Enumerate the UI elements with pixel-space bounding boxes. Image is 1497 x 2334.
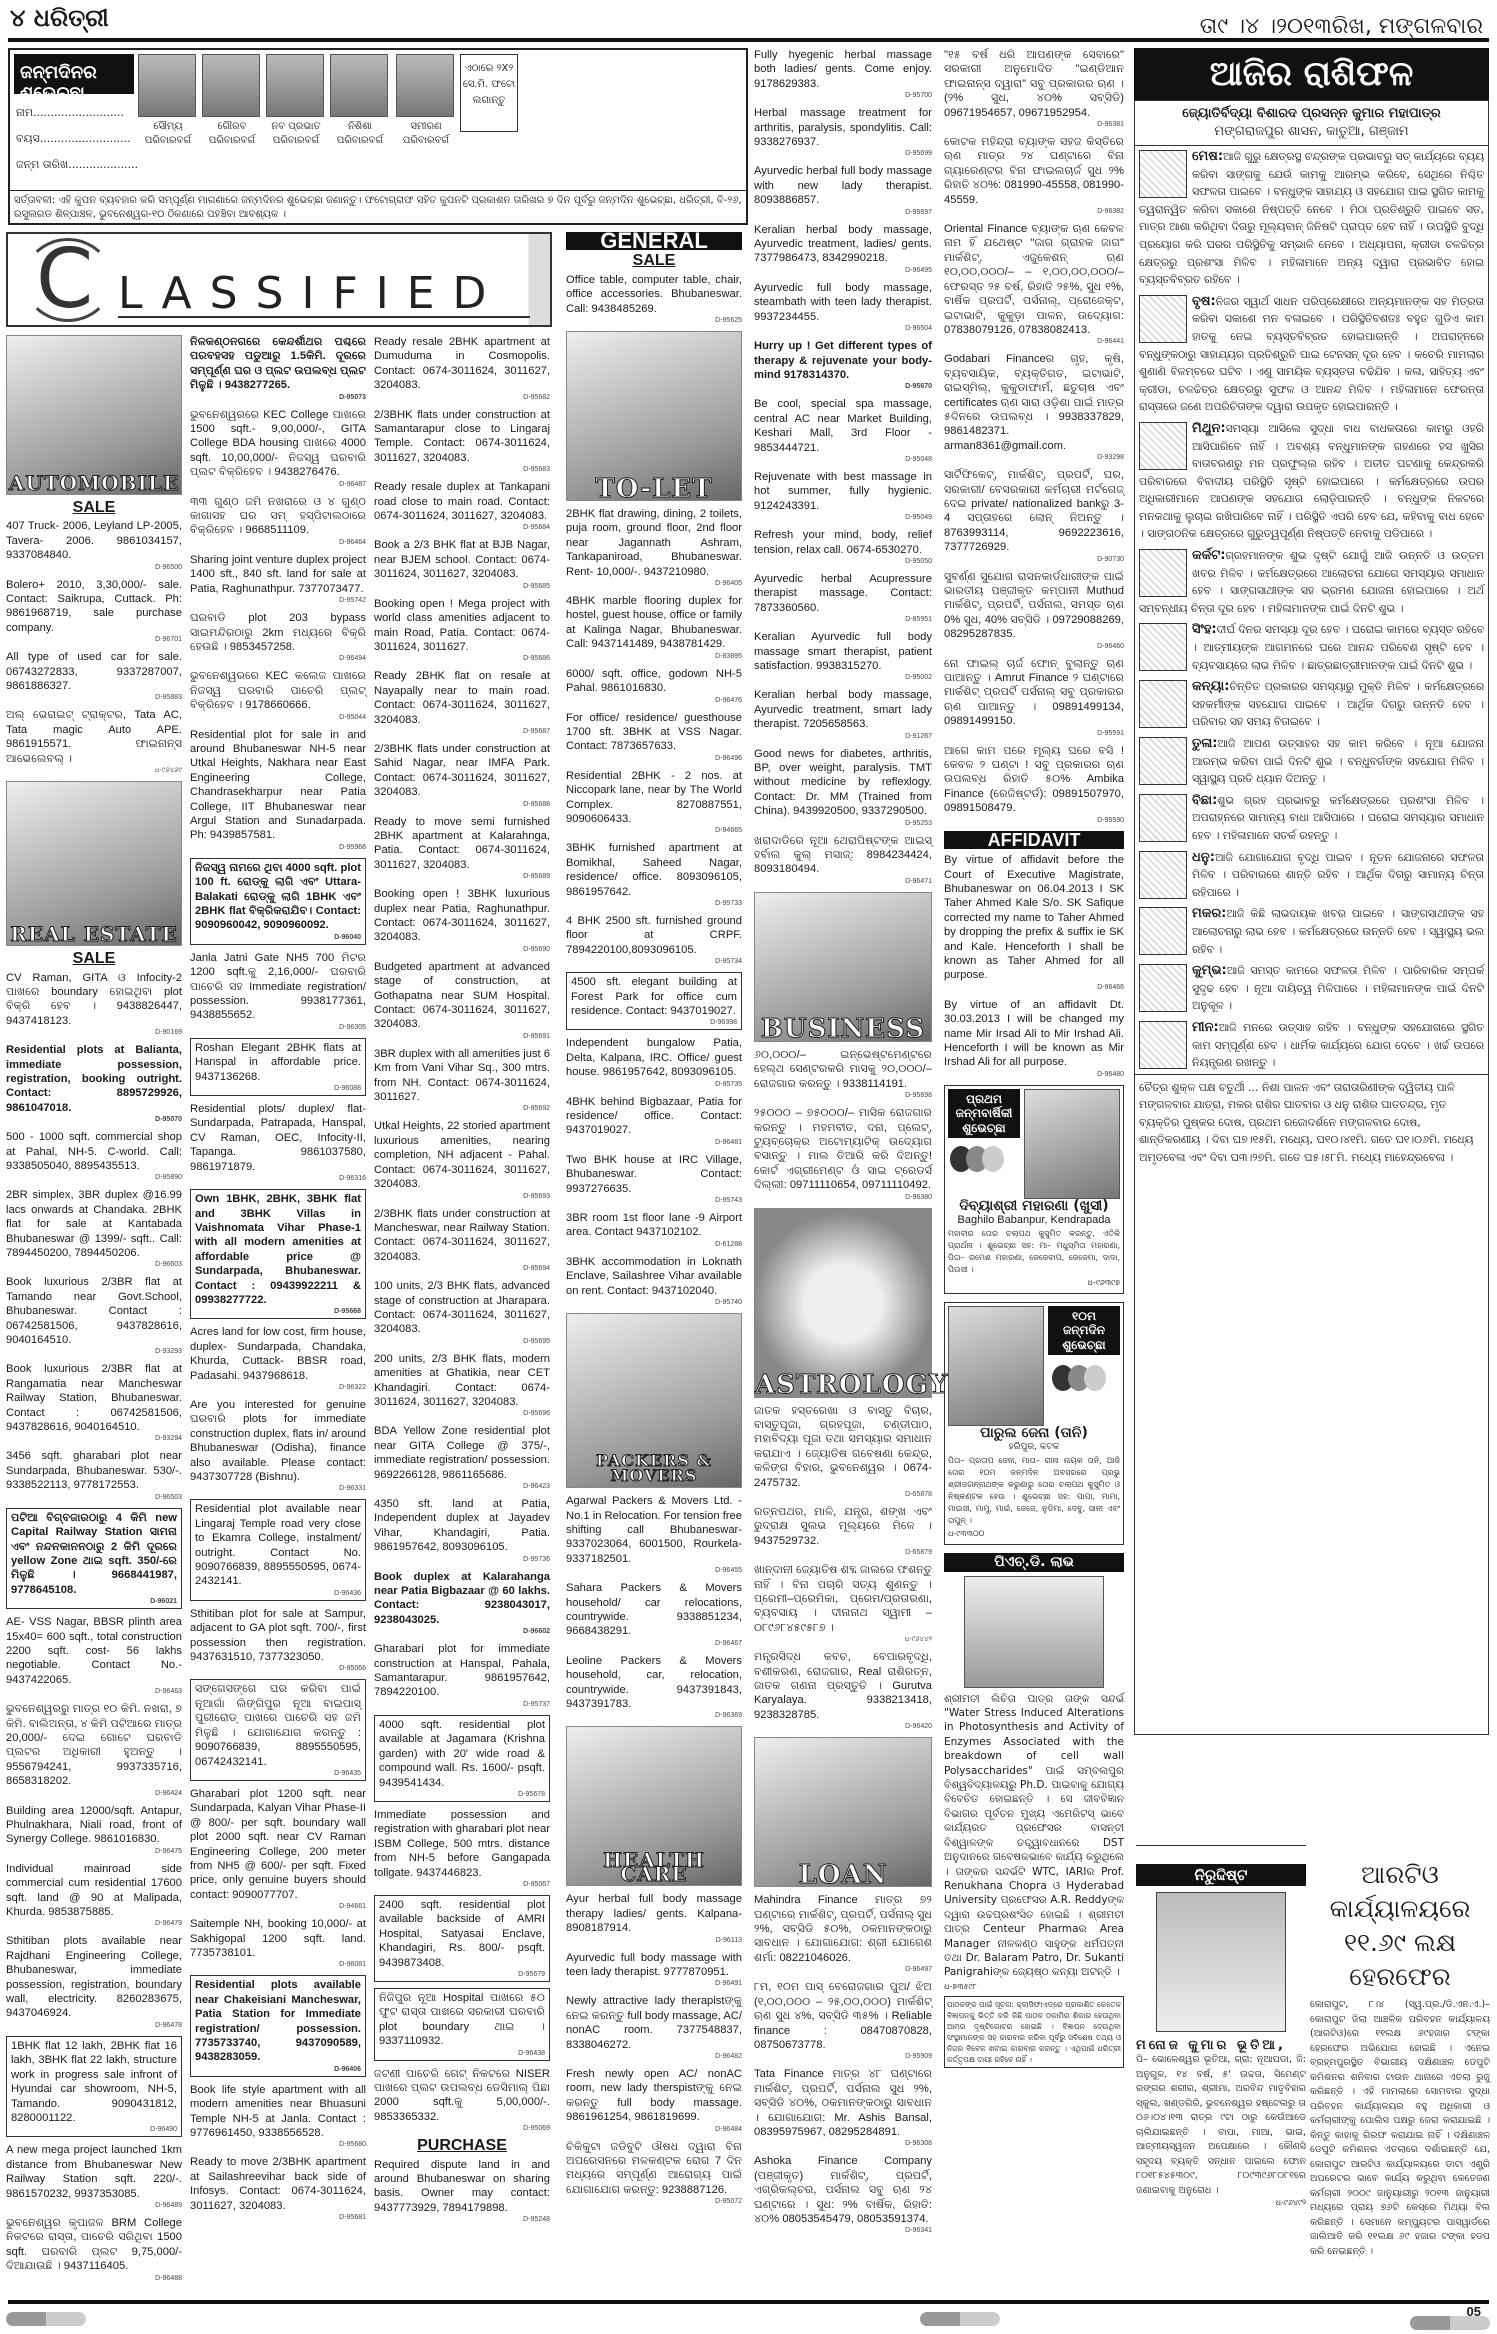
ad-code: D-65879 bbox=[754, 1548, 932, 1557]
classified-ad: Individual mainroad side commercial cum … bbox=[6, 1862, 182, 1929]
ad-text: ୬୦,୦୦୦/– ଇନ୍‌ଭେଷ୍ଟମେଣ୍ଟରେ ହେଲ୍ଥ ସେଣ୍ଟରକର… bbox=[754, 1048, 932, 1091]
classified-ad: Roshan Elegant 2BHK flats at Hanspal in … bbox=[190, 1038, 366, 1096]
ad-text: 3BR room 1st floor lane -9 Airport area.… bbox=[566, 1211, 742, 1240]
ad-text: 2/3BHK flats under construction at Sahid… bbox=[374, 742, 550, 800]
classified-ad: A new mega project launched 1km distance… bbox=[6, 2143, 182, 2210]
ad-text: 407 Truck- 2006, Leyland LP-2005, Tavera… bbox=[6, 519, 182, 562]
ad-code: D-96490 bbox=[11, 2125, 177, 2134]
ad-code: D-95248 bbox=[374, 2215, 550, 2224]
classified-ad: Bolero+ 2010, 3,30,000/- sale. Contact: … bbox=[6, 578, 182, 645]
phd-text: ଶ୍ରୀମତୀ ଲିଚିତା ପାତ୍ର ତାଙ୍କ ସନ୍ଦର୍ଭ "Wate… bbox=[944, 1692, 1124, 1980]
general-sale-ads: Office table, computer table, chair, off… bbox=[566, 273, 742, 325]
ad-text: ମନ୍ତ୍ରସିଦ୍ଧ କବଚ, ବେପାରବୃଦ୍ଧି, ବଶୀକରଣ, ରୋ… bbox=[754, 1650, 932, 1722]
classified-ad: By virtue of affidavit before the Court … bbox=[944, 853, 1124, 992]
classified-ad: 2BHK flat drawing, dining, 2 toilets, pu… bbox=[566, 507, 742, 588]
real-estate-ads-2: ନିଳକଣ୍ଠନଗରେ କେନ୍ଦର୍ଶୀଥର ପଶ୍ଚରେ ପରବହସହ ପଡ… bbox=[190, 335, 366, 2222]
classified-ad: Mahindra Finance ମାତ୍ର ୭୨ ଘଣ୍ଟାରେ ମାର୍କଶ… bbox=[754, 1893, 932, 1974]
ad-code: D-65878 bbox=[754, 1490, 932, 1499]
ad-code: D-95678 bbox=[379, 1790, 545, 1799]
ad-text: Ready to move semi furnished 2BHK apartm… bbox=[374, 815, 550, 873]
ad-code: D-95693 bbox=[374, 1192, 550, 1201]
ad-text: ଆଗେ କାମ ପରେ ମୂଲ୍ୟ ଘରେ ବସି ! କେବଳ ୨ ଘଣ୍ଟା… bbox=[944, 744, 1124, 816]
classified-ad: 3456 sqft. gharabari plot near Sundarpad… bbox=[6, 1449, 182, 1501]
ad-code: D-96308 bbox=[754, 2139, 932, 2148]
zodiac-icon bbox=[1139, 549, 1187, 597]
ad-code: D-96369 bbox=[566, 1711, 742, 1720]
ad-text: ସୁବର୍ଣ୍ଣ ସୁଯୋଗ ରାସନକାର୍ଡଧାରୀଙ୍କ ପାଇଁ ଭାର… bbox=[944, 570, 1124, 642]
ad-text: Book life style apartment with all moder… bbox=[190, 2083, 366, 2141]
ad-text: 4BHK behind Bigbazaar, Patia for residen… bbox=[566, 1095, 742, 1138]
ad-code: D-96467 bbox=[566, 1639, 742, 1648]
classified-ad: Sthitiban plot for sale at Sampur, adjac… bbox=[190, 1607, 366, 1674]
ad-text: Ayurvedic herbal Acupressure therapist m… bbox=[754, 572, 932, 615]
ad-text: Roshan Elegant 2BHK flats at Hanspal in … bbox=[195, 1041, 361, 1084]
real-estate-ads-3: Ready resale 2BHK apartment at Dumuduma … bbox=[374, 335, 550, 2133]
ad-text: Ready resale duplex at Tankapani road cl… bbox=[374, 480, 550, 523]
ad-text: Two BHK house at IRC Village, Bhubaneswa… bbox=[566, 1153, 742, 1196]
ad-code: D-95742 bbox=[190, 596, 366, 605]
classified-ad: Sahara Packers & Movers household/ car r… bbox=[566, 1581, 742, 1648]
ad-code: D-96021 bbox=[11, 1597, 177, 1606]
banner-big-letter: C bbox=[36, 240, 93, 320]
classified-ad: Ayurvedic full body massage, steambath w… bbox=[754, 281, 932, 333]
ad-code: D-96435 bbox=[195, 1769, 361, 1778]
classified-ad: CV Raman, GITA ଓ Infocity-2 ପାଖରେ bounda… bbox=[6, 971, 182, 1038]
zodiac-name: ମିଥୁନ: bbox=[1192, 421, 1226, 436]
column-1: AUTOMOBILE SALE 407 Truck- 2006, Leyland… bbox=[6, 335, 182, 2289]
classified-ad: 1BHK flat 12 lakh, 2BHK flat 16 lakh, 3B… bbox=[6, 2036, 182, 2137]
ad-code: D-95668 bbox=[195, 1307, 361, 1316]
ad-code: D-95691 bbox=[374, 1032, 550, 1041]
ad-code: D-94661 bbox=[190, 1902, 366, 1911]
classified-ad: 3BR duplex with all amenities just 6 Km … bbox=[374, 1047, 550, 1114]
classified-ad: ଆଗେ କାମ ପରେ ମୂଲ୍ୟ ଘରେ ବସି ! କେବଳ ୨ ଘଣ୍ଟା… bbox=[944, 744, 1124, 825]
ad-text: Ashoka Finance Company (ପଞ୍ଜୀକୃତ) ମାର୍କଶ… bbox=[754, 2154, 932, 2226]
ad-code: D-96331 bbox=[190, 1484, 366, 1493]
ad-code: D-96481 bbox=[566, 1138, 742, 1147]
ad-code: D-96495 bbox=[754, 266, 932, 275]
rashifal-title: ଆଜିର ରାଶିଫଳ bbox=[1134, 48, 1489, 100]
classified-ad: ନିଜସ୍ୱ ନାମରେ ଥିବା 4000 sqft. plot 100 ft… bbox=[190, 858, 366, 945]
ad-text: ଭୁବନେଶ୍ୱର କୃପାଜଳ BRM College ନିକଟରେ ରାସ୍… bbox=[6, 2216, 182, 2274]
child-photo bbox=[266, 54, 324, 117]
ad-code: D-96471 bbox=[754, 877, 932, 886]
ad-text: Residential plots available near Chakeis… bbox=[195, 1978, 361, 2064]
classified-ad: ସଙ୍ଗେସଙ୍ଗେ ଘର କରିବା ପାଇଁ ନୂଆଗାଁ ଲିଙ୍ଗିପୁ… bbox=[190, 1679, 366, 1780]
zodiac-text: ଗ୍ରହମାନଙ୍କ ଶୁଭ ଦୃଷ୍ଟି ଯୋଗୁଁ ଆଜି ଉନ୍ନତି ଓ… bbox=[1139, 549, 1484, 615]
ad-code: D-95736 bbox=[374, 1555, 550, 1564]
ad-code: D-96341 bbox=[754, 2226, 932, 2235]
ad-text: Tata Finance ମାତ୍ର ୪୮ ଘଣ୍ଟାରେ ମାର୍କଶିଟ୍,… bbox=[754, 2067, 932, 2139]
ad-code: D-96503 bbox=[6, 1493, 182, 1502]
zodiac-sign-entry: ମୀନ:ଆଜି ମନରେ ଉତ୍ସାହ ରହିବ । ବନ୍ଧୁଙ୍କ ସହଯୋ… bbox=[1135, 1017, 1488, 1074]
ad-code: D-95690 bbox=[374, 945, 550, 954]
birthday-coupon: ଜନ୍ମଦିନର ଶୁଭେଚ୍ଛା ନାମ...................… bbox=[8, 48, 748, 225]
page-label: ୪ ଧରିତ୍ରୀ bbox=[10, 4, 109, 32]
ad-text: 2/3BHK flats under construction at Manch… bbox=[374, 1207, 550, 1265]
classified-ad: Building area 12000/sqft. Antapur, Phuln… bbox=[6, 1804, 182, 1856]
wish2-name: ପାରୁଲ ଜେନା (ତାନି) bbox=[948, 1426, 1120, 1440]
classified-ad: Book life style apartment with all moder… bbox=[190, 2083, 366, 2150]
classified-ad: 4BHK behind Bigbazaar, Patia for residen… bbox=[566, 1095, 742, 1147]
ad-text: 1BHK flat 12 lakh, 2BHK flat 16 lakh, 3B… bbox=[11, 2039, 177, 2125]
business-image: BUSINESS bbox=[754, 892, 932, 1042]
classified-ad: Residential plots at Balianta, immediate… bbox=[6, 1043, 182, 1124]
phd-photo bbox=[964, 1576, 1104, 1688]
zodiac-sign-entry: ମେଷ:ଆଜି ଗୁରୁ କ୍ଷେତ୍ରସ୍ଥ ଚନ୍ଦ୍ରଙ୍କ ପ୍ରଭାବ… bbox=[1135, 146, 1488, 291]
ad-code: D-95072 bbox=[566, 2197, 742, 2206]
ad-text: Office table, computer table, chair, off… bbox=[566, 273, 742, 316]
ad-code: D-96316 bbox=[190, 1174, 366, 1183]
ad-code: D-95743 bbox=[566, 1196, 742, 1205]
reader-notice: ପାଠକଙ୍କ ପାଇଁ ସୂଚନା: କ୍ଲାସିଫାଏଡ୍‌ରେ ପ୍ରକା… bbox=[944, 1996, 1124, 2068]
classified-ad: 4500 sft. elegant building at Forest Par… bbox=[566, 972, 742, 1030]
classified-ad: AE- VSS Nagar, BBSR plinth area 15x40= 6… bbox=[6, 1615, 182, 1696]
general-heading: GENERAL bbox=[566, 232, 742, 250]
classified-ad: Ready resale 2BHK apartment at Dumuduma … bbox=[374, 335, 550, 402]
wish2-place: ହରିପୁର, କଟକ bbox=[948, 1440, 1120, 1454]
zodiac-sign-entry: ମକର:ଆଜି କିଛି ଲାଭଦାୟକ ଖବର ପାଇବେ । ସାଙ୍ଗସା… bbox=[1135, 903, 1488, 960]
zodiac-text: ଆଜି ଯୋଗାଯୋଗ ବୃଦ୍ଧି ପାଇବ । ନୂତନ ଯୋଜନାରେ ସ… bbox=[1192, 851, 1484, 899]
ad-text: Sthitiban plots available near Rajdhani … bbox=[6, 1934, 182, 2020]
classified-ad: Good news for diabetes, arthritis, BP, o… bbox=[754, 747, 932, 828]
zodiac-name: ମକର: bbox=[1192, 906, 1226, 921]
ad-code: D-95680 bbox=[190, 2140, 366, 2149]
ad-text: Independent bungalow Patia, Delta, Kalpa… bbox=[566, 1036, 742, 1079]
classified-ad: Tata Finance ମାତ୍ର ୪୮ ଘଣ୍ଟାରେ ମାର୍କଶିଟ୍,… bbox=[754, 2067, 932, 2148]
ad-text: BDA Yellow Zone residential plot near GI… bbox=[374, 1424, 550, 1482]
ad-code: D-95066 bbox=[190, 1664, 366, 1673]
ad-code: D-96455 bbox=[566, 1566, 742, 1575]
ad-code: D-95968 bbox=[190, 843, 366, 852]
classified-ad: Rejuvenate with best massage in hot summ… bbox=[754, 470, 932, 522]
ad-text: Mahindra Finance ମାତ୍ର ୭୨ ଘଣ୍ଟାରେ ମାର୍କଶ… bbox=[754, 1893, 932, 1965]
ad-text: Immediate possession and registration wi… bbox=[374, 1808, 550, 1880]
ad-code: D-95700 bbox=[754, 91, 932, 100]
coupon-terms: ସର୍ତ୍ତାବଳୀ: ଏହି କୁପନ ବ୍ୟବହାର କରି ସମ୍ପୂର୍… bbox=[10, 190, 746, 223]
ad-code: D-95591 bbox=[944, 729, 1124, 738]
real-estate-sale-heading: SALE bbox=[6, 952, 182, 966]
classified-ad: Ayurvedic herbal full body massage with … bbox=[754, 164, 932, 216]
ad-text: Keralian herbal body massage, Ayurvedic … bbox=[754, 688, 932, 731]
classified-ad: Budgeted apartment at advanced stage of … bbox=[374, 960, 550, 1041]
ad-text: Residential plot for sale in and around … bbox=[190, 728, 366, 843]
ad-text: Good news for diabetes, arthritis, BP, o… bbox=[754, 747, 932, 819]
ad-code: D-96491 bbox=[566, 1979, 742, 1988]
ad-code: D-95692 bbox=[374, 1104, 550, 1113]
ad-text: ଅଲ୍ ଭେରାଇଟ୍ ଟ୍ରାକ୍ଟର, Tata AC, Tata magi… bbox=[6, 708, 182, 766]
classified-ad: 2/3BHK flats under construction at Manch… bbox=[374, 1207, 550, 1274]
classified-ad: "୧୫ ବର୍ଷ ଧରି ଆପଣଙ୍କ ସେବାରେ" ସରକାରୀ ଅନୁମୋ… bbox=[944, 48, 1124, 129]
ad-text: 4BHK marble flooring duplex for hostel, … bbox=[566, 594, 742, 652]
ad-code: D-95682 bbox=[374, 393, 550, 402]
ad-code: D-96488 bbox=[6, 2274, 182, 2283]
classified-ad: Fully hyegenic herbal massage both ladie… bbox=[754, 48, 932, 100]
ad-text: Residential 2BHK - 2 nos. at Niccopark l… bbox=[566, 769, 742, 827]
classified-ad: Fresh newly open AC/ nonAC room, new lad… bbox=[566, 2067, 742, 2134]
classified-ad: ରତ୍ନପଥର, ମାଳି, ଯନ୍ତ୍ର, ଶଙ୍ଖ ଏବଂ ରୁଦ୍ରାକ୍… bbox=[754, 1505, 932, 1557]
ad-code: D-95002 bbox=[754, 673, 932, 682]
ad-text: 2BHK flat drawing, dining, 2 toilets, pu… bbox=[566, 507, 742, 579]
ad-text: Refresh your mind, body, relief tension,… bbox=[754, 528, 932, 557]
classified-ad: ୨୫୦୦୦ – ୭୫୦୦୦/– ମାସିକ ରୋଜଗାର କରନ୍ତୁ । ମହ… bbox=[754, 1106, 932, 1201]
ad-code: D-96436 bbox=[195, 1589, 361, 1598]
classified-ad: Agarwal Packers & Movers Ltd. - No.1 in … bbox=[566, 1494, 742, 1575]
classified-ad: Keralian Ayurvedic full body massage sma… bbox=[754, 630, 932, 682]
zodiac-name: କନ୍ୟା: bbox=[1192, 679, 1229, 694]
missing-code: ଧ-୯୬୪୯୨ bbox=[1136, 2198, 1306, 2208]
ad-code: D-95687 bbox=[374, 727, 550, 736]
wish2-tag: ୧୦ମ ଜନ୍ମଦିନ ଶୁଭେଚ୍ଛା bbox=[1048, 1306, 1120, 1355]
ad-code: D-96494 bbox=[190, 654, 366, 663]
automobile-sale-heading: SALE bbox=[6, 501, 182, 515]
ad-code: D-96489 bbox=[6, 2201, 182, 2210]
ad-code: D-95696 bbox=[374, 1409, 550, 1418]
classified-ad: ନିଳକଣ୍ଠନଗରେ କେନ୍ଦର୍ଶୀଥର ପଶ୍ଚରେ ପରବହସହ ପଡ… bbox=[190, 335, 366, 402]
bottom-rule bbox=[8, 2300, 1489, 2304]
ad-code: D-96305 bbox=[190, 1023, 366, 1032]
ad-text: A new mega project launched 1km distance… bbox=[6, 2143, 182, 2201]
classified-ad: ଭୁବନେଶ୍ୱରରେ KEC College ପାଖରେ 1500 sqft.… bbox=[190, 408, 366, 489]
zodiac-icon bbox=[1139, 794, 1187, 842]
classified-ad: Ready to move semi furnished 2BHK apartm… bbox=[374, 815, 550, 882]
ad-text: Sthitiban plot for sale at Sampur, adjac… bbox=[190, 1607, 366, 1665]
ad-text: Ayur herbal full body massage therapy la… bbox=[566, 1892, 742, 1935]
ad-code: D-93294 bbox=[6, 1434, 182, 1443]
ad-code: D-96466 bbox=[944, 983, 1124, 992]
ad-code: D-95684 bbox=[374, 523, 550, 532]
classified-ad: ୮ମ, ୧୦ମ ପାସ୍ ବେରୋଜଗାର ପୁଅ/ ଝିଅ (୧,୦୦,୦୦୦… bbox=[754, 1980, 932, 2061]
classified-ad: Refresh your mind, body, relief tension,… bbox=[754, 528, 932, 566]
classified-ad: 2/3BHK flats under construction at Sahid… bbox=[374, 742, 550, 809]
ad-code: D-91267 bbox=[754, 732, 932, 741]
purchase-heading: PURCHASE bbox=[374, 2139, 550, 2153]
classified-ad: 4BHK marble flooring duplex for hostel, … bbox=[566, 594, 742, 661]
balloons-icon bbox=[948, 1138, 1020, 1184]
ad-code: D-95737 bbox=[374, 1700, 550, 1709]
astrology-image: ASTROLOGY bbox=[754, 1208, 932, 1398]
ad-code: D-96464 bbox=[190, 538, 366, 547]
ad-text: 3456 sqft. gharabari plot near Sundarpad… bbox=[6, 1449, 182, 1492]
massage-ads: Fully hyegenic herbal massage both ladie… bbox=[754, 48, 932, 886]
classified-ad: ନିଜିପୁର ନୂଆ Hospital ପାଖରେ ୫୦ ଫୁଟ ରାସ୍ତା… bbox=[374, 1988, 550, 2061]
column-4: GENERAL SALE Office table, computer tabl… bbox=[566, 232, 742, 2212]
classified-ad: ସାର୍ଟିଫିକେଟ୍, ମାର୍କଶିଟ୍, ପ୍ରପର୍ଟି, ଘର, ସ… bbox=[944, 468, 1124, 563]
classified-ad: ଭୁବନେଶ୍ୱର କୃପାଜଳ BRM College ନିକଟରେ ରାସ୍… bbox=[6, 2216, 182, 2283]
loan-ads: Mahindra Finance ମାତ୍ର ୭୨ ଘଣ୍ଟାରେ ମାର୍କଶ… bbox=[754, 1893, 932, 2235]
classified-ad: By virtue of an affidavit Dt. 30.03.2013… bbox=[944, 998, 1124, 1079]
zodiac-sign-entry: ତୁଳା:ଆଜି ଆପଣ ଉତ୍ସାହର ସହ କାମ କରିବେ । ନୂଆ … bbox=[1135, 733, 1488, 790]
ad-code: D-95735 bbox=[566, 1080, 742, 1089]
ad-code: D-95050 bbox=[754, 557, 932, 566]
ad-text: ନିଳକଣ୍ଠନଗରେ କେନ୍ଦର୍ଶୀଥର ପଶ୍ଚରେ ପରବହସହ ପଡ… bbox=[190, 335, 366, 393]
ad-code: D-96497 bbox=[754, 1965, 932, 1974]
classified-ad: 4350 sft. land at Patia, Independent dup… bbox=[374, 1497, 550, 1564]
ad-text: ଭୁବନେଶ୍ୱରରେ KEC କଲେଜ ପାଖରେ ନିଜସ୍ୱ ଘରବାରି… bbox=[190, 669, 366, 712]
balloons-icon bbox=[1048, 1355, 1120, 1405]
ad-text: ଘରବାଡି plot 203 bypass ସାଇମନ୍ଦିରଠାରୁ 2km… bbox=[190, 611, 366, 654]
classified-ad: Acres land for low cost, firm house, dup… bbox=[190, 1325, 366, 1392]
ad-text: 200 units, 2/3 BHK flats, modern ameniti… bbox=[374, 1352, 550, 1410]
zodiac-icon bbox=[1139, 964, 1187, 1012]
zodiac-sign-entry: ମିଥୁନ:ସମସ୍ୟା ଆସିଲେ ସୁଦ୍ଧା ବାଧ ବାଧକତାରେ କ… bbox=[1135, 418, 1488, 545]
zodiac-name: ଧନୁ: bbox=[1192, 850, 1215, 865]
ad-text: Required dispute land in and around Bhub… bbox=[374, 2158, 550, 2216]
ad-text: ନିଜିପୁର ନୂଆ Hospital ପାଖରେ ୫୦ ଫୁଟ ରାସ୍ତା… bbox=[379, 1991, 545, 2049]
wish1-code: ଧ-୯୬୩୯୭ bbox=[948, 1276, 1120, 1290]
classified-ad: Oriental Finance ବ୍ୟାଙ୍କ ଋଣ କେବଳ ନାମ ହିଁ… bbox=[944, 222, 1124, 346]
ad-code: ଧ-୯୬୪୬୯ bbox=[6, 766, 182, 775]
real-estate-ads: CV Raman, GITA ଓ Infocity-2 ପାଖରେ bounda… bbox=[6, 971, 182, 2283]
classified-ad: ପଟିଆ ବିଗ୍‌ବଜାରଠାରୁ 4 କିମି new Capital Ra… bbox=[6, 1508, 182, 1609]
news-body: କୋରାପୁଟ, ୮।୪ (ସ୍ୱ.ପ୍ର./ଡି.ଏନ.ଏ.)– କୋରାପୁ… bbox=[1310, 1998, 1490, 2259]
news-article: ଆରଟିଓ କାର୍ଯ୍ୟାଳୟରେ ୧୧.୬୯ ଲକ୍ଷ ହେରଫେର କୋର… bbox=[1310, 1858, 1490, 2259]
coupon-dob-field[interactable]: ଜନ୍ମ ତାରିଖ.................... bbox=[16, 158, 138, 172]
classified-ad: କୋଟକ ମହିନ୍ଦ୍ରା ବ୍ୟାଙ୍କ ସହଜ କିସ୍ତିରେ ଋଣ ମ… bbox=[944, 135, 1124, 216]
ad-code: D-96441 bbox=[944, 337, 1124, 346]
ad-text: Ayurvedic herbal full body massage with … bbox=[754, 164, 932, 207]
ad-code: D-95890 bbox=[6, 1173, 182, 1182]
classified-ad: ନୋ ଫାଇଲ୍ ଚାର୍ଜ ଫୋନ୍ ବୁଲାନ୍ତୁ ଋଣ ପାଆନ୍ତୁ … bbox=[944, 657, 1124, 738]
ad-text: Ready to move 2/3BHK apartment at Sailas… bbox=[190, 2155, 366, 2213]
ad-text: ୩୩ ଗୁଣ୍ଠ ଜମି ନଖରାରେ ଓ ୪ ଗୁଣ୍ଠ କାଗାସହ ଘର … bbox=[190, 495, 366, 538]
ad-text: Hurry up ! Get different types of therap… bbox=[754, 339, 932, 382]
ad-code: D-95049 bbox=[754, 513, 932, 522]
ad-text: ଭୁବନେଶ୍ୱରରେ KEC College ପାଖରେ 1500 sqft.… bbox=[190, 408, 366, 480]
ad-code: D-95733 bbox=[566, 899, 742, 908]
ad-text: Individual mainroad side commercial cum … bbox=[6, 1862, 182, 1920]
rashifal-signs: ମେଷ:ଆଜି ଗୁରୁ କ୍ଷେତ୍ରସ୍ଥ ଚନ୍ଦ୍ରଙ୍କ ପ୍ରଭାବ… bbox=[1135, 146, 1488, 1074]
classified-ad: 3BHK furnished apartment at Bomikhal, Sa… bbox=[566, 841, 742, 908]
ad-text: By virtue of affidavit before the Court … bbox=[944, 853, 1124, 983]
classified-ad: ୩୩ ଗୁଣ୍ଠ ଜମି ନଖରାରେ ଓ ୪ ଗୁଣ୍ଠ କାଗାସହ ଘର … bbox=[190, 495, 366, 547]
classified-ad: Ayur herbal full body massage therapy la… bbox=[566, 1892, 742, 1944]
ad-text: Booking open ! 3BHK luxurious duplex nea… bbox=[374, 887, 550, 945]
ad-text: Booking open ! Mega project with world c… bbox=[374, 597, 550, 655]
ad-code: D-95067 bbox=[374, 1880, 550, 1889]
ad-text: Fresh newly open AC/ nonAC room, new lad… bbox=[566, 2067, 742, 2125]
classified-ad: Ashoka Finance Company (ପଞ୍ଜୀକୃତ) ମାର୍କଶ… bbox=[754, 2154, 932, 2235]
ad-text: AE- VSS Nagar, BBSR plinth area 15x40= 6… bbox=[6, 1615, 182, 1687]
classified-ad: Two BHK house at IRC Village, Bhubaneswa… bbox=[566, 1153, 742, 1205]
ad-code: D-96322 bbox=[190, 1383, 366, 1392]
ad-code: D-96475 bbox=[6, 1847, 182, 1856]
zodiac-name: ବିଛା: bbox=[1192, 793, 1217, 808]
ad-code: D-95688 bbox=[374, 800, 550, 809]
loan-image: LOAN bbox=[754, 1737, 932, 1887]
missing-text: ପି– ଭୋଳେଶ୍ୱର ଭୂତିଆ, ଗ୍ରା: ନୂଆପଡା, ଜି: ଅନ… bbox=[1136, 2053, 1306, 2198]
ad-code: D-95670 bbox=[754, 382, 932, 391]
news-headline-1: ଆରଟିଓ କାର୍ଯ୍ୟାଳୟରେ bbox=[1310, 1858, 1490, 1926]
ad-code: D-95681 bbox=[190, 2213, 366, 2222]
rashifal-author-block: ଜ୍ୟୋତିର୍ବିଦ୍ୟା ବିଶାରଦ ପ୍ରସନ୍ନ କୁମାର ମହାପ… bbox=[1135, 101, 1488, 146]
ad-code: D-95695 bbox=[374, 1337, 550, 1346]
ad-code: D-96380 bbox=[754, 1193, 932, 1202]
child-photo bbox=[1024, 1089, 1120, 1199]
missing-heading: ନିରୁଦ୍ଦିଷ୍ଟ bbox=[1136, 1864, 1306, 1886]
ad-text: 3BHK furnished apartment at Bomikhal, Sa… bbox=[566, 841, 742, 899]
ad-text: 2400 sqft. residential plot available ba… bbox=[379, 1898, 545, 1970]
classified-ad: Residential plots/ duplex/ flat- Sundarp… bbox=[190, 1102, 366, 1183]
automobile-ads: 407 Truck- 2006, Leyland LP-2005, Tavera… bbox=[6, 519, 182, 775]
ad-code: D-96603 bbox=[6, 1260, 182, 1269]
ad-code: D-95069 bbox=[374, 2124, 550, 2133]
page-tab-mid bbox=[920, 2312, 1000, 2326]
ad-text: ସଙ୍ଗେସଙ୍ଗେ ଘର କରିବା ପାଇଁ ନୂଆଗାଁ ଲିଙ୍ଗିପୁ… bbox=[195, 1682, 361, 1768]
ad-code: D-95073 bbox=[190, 393, 366, 402]
classified-ad: Required dispute land in and around Bhub… bbox=[374, 2158, 550, 2225]
classified-ad: Sharing joint venture duplex project 140… bbox=[190, 553, 366, 605]
ad-text: Utkal Heights, 22 storied apartment luxu… bbox=[374, 1119, 550, 1191]
ad-code: D-96406 bbox=[195, 2065, 361, 2074]
ad-text: Book a 2/3 BHK flat at BJB Nagar, near B… bbox=[374, 538, 550, 581]
ad-text: କୋଟକ ମହିନ୍ଦ୍ରା ବ୍ୟାଙ୍କ ସହଜ କିସ୍ତିରେ ଋଣ ମ… bbox=[944, 135, 1124, 207]
ad-code: D-96088 bbox=[195, 1084, 361, 1093]
ad-text: Agarwal Packers & Movers Ltd. - No.1 in … bbox=[566, 1494, 742, 1566]
classified-ad: BDA Yellow Zone residential plot near GI… bbox=[374, 1424, 550, 1491]
finance-ads: "୧୫ ବର୍ଷ ଧରି ଆପଣଙ୍କ ସେବାରେ" ସରକାରୀ ଅନୁମୋ… bbox=[944, 48, 1124, 825]
wish1-tag: ପ୍ରଥମ ଜନ୍ମବାର୍ଷିକୀ ଶୁଭେଚ୍ଛା bbox=[948, 1089, 1020, 1138]
ad-text: 2/3BHK flats under construction at Saman… bbox=[374, 408, 550, 466]
birthday-wish-2: ୧୦ମ ଜନ୍ମଦିନ ଶୁଭେଚ୍ଛା ପାରୁଲ ଜେନା (ତାନି) ହ… bbox=[944, 1302, 1124, 1545]
zodiac-icon bbox=[1139, 295, 1187, 343]
ad-code: D-85951 bbox=[754, 615, 932, 624]
ad-code: D-96398 bbox=[571, 1018, 737, 1027]
ad-text: 4350 sft. land at Patia, Independent dup… bbox=[374, 1497, 550, 1555]
affidavit-heading: AFFIDAVIT bbox=[944, 831, 1124, 849]
automobile-image: AUTOMOBILE bbox=[6, 335, 182, 495]
classified-ad: 500 - 1000 sqft. commercial shop at Paha… bbox=[6, 1130, 182, 1182]
classified-ad: ଭୁବନେଶ୍ୱରରୁ ମାତ୍ର ୧୦ କିମି. ନଖରା, ୭ କିମି.… bbox=[6, 1702, 182, 1797]
classified-ad: 407 Truck- 2006, Leyland LP-2005, Tavera… bbox=[6, 519, 182, 571]
ad-code: D-96382 bbox=[944, 207, 1124, 216]
photo-slot: ଏଠାରେ ୨X୨ ସେ.ମି. ଫଟୋ ଲଗାନ୍ତୁ bbox=[460, 54, 518, 132]
ad-code: D-95070 bbox=[6, 1115, 182, 1124]
ad-code: D-96081 bbox=[190, 1960, 366, 1969]
general-sale-heading: SALE bbox=[566, 254, 742, 268]
classified-ad: Ayurvedic herbal Acupressure therapist m… bbox=[754, 572, 932, 624]
ad-text: Ayurvedic full body massage with teen la… bbox=[566, 1951, 742, 1980]
child-photo bbox=[330, 54, 388, 117]
missing-photo bbox=[1156, 1892, 1286, 2032]
ad-text: ଜାତକ ହସ୍ତରେଖା ଓ ବାସ୍ତୁ ବିଚାର, ବାସ୍ତୁପୂଜା… bbox=[754, 1404, 932, 1490]
affidavit-ads: By virtue of affidavit before the Court … bbox=[944, 853, 1124, 1079]
coupon-age-field[interactable]: ବୟସ.......................... bbox=[16, 132, 131, 146]
ad-text: Godabari Financeର ଗୃହ, କୃଷି, ବ୍ୟବସାୟିକ, … bbox=[944, 352, 1124, 453]
classified-ad: Immediate possession and registration wi… bbox=[374, 1808, 550, 1889]
ad-code: D-96496 bbox=[566, 754, 742, 763]
packers-image: PACKERS & MOVERS bbox=[566, 1313, 742, 1488]
ad-text: 2BR simplex, 3BR duplex @16.99 lacs onwa… bbox=[6, 1188, 182, 1260]
ad-text: Janla Jatni Gate NH5 700 ମିଟର 1200 sqft.… bbox=[190, 951, 366, 1023]
ad-code: D-96487 bbox=[190, 480, 366, 489]
ad-text: ୨୫୦୦୦ – ୭୫୦୦୦/– ମାସିକ ରୋଜଗାର କରନ୍ତୁ । ମହ… bbox=[754, 1106, 932, 1192]
ad-text: ସାର୍ଟିଫିକେଟ୍, ମାର୍କଶିଟ୍, ପ୍ରପର୍ଟି, ଘର, ସ… bbox=[944, 468, 1124, 554]
ad-code: D-96463 bbox=[6, 1687, 182, 1696]
classified-ad: ଜଟଣୀ ପାଚେରି ଗେଟ୍ ନିକଟରେ NISER ପାଖରେ ପ୍ଲଟ… bbox=[374, 2067, 550, 2134]
classified-ad: ୬୦,୦୦୦/– ଇନ୍‌ଭେଷ୍ଟମେଣ୍ଟରେ ହେଲ୍ଥ ସେଣ୍ଟରକର… bbox=[754, 1048, 932, 1100]
ad-text: ଖାନ୍‌ଦାନୀ ଜ୍ୟୋତିଷ ଶବ୍ଦ ଜାଲରେ ଫଶନ୍ତୁ ନାହି… bbox=[754, 1563, 932, 1635]
ad-text: ଭୁବନେଶ୍ୱରରୁ ମାତ୍ର ୧୦ କିମି. ନଖରା, ୭ କିମି.… bbox=[6, 1702, 182, 1788]
classified-ad: ସୁବର୍ଣ୍ଣ ସୁଯୋଗ ରାସନକାର୍ଡଧାରୀଙ୍କ ପାଇଁ ଭାର… bbox=[944, 570, 1124, 651]
page-tab-left bbox=[6, 2312, 86, 2326]
column-3: Ready resale 2BHK apartment at Dumuduma … bbox=[374, 335, 550, 2230]
classified-ad: Ayurvedic full body massage with teen la… bbox=[566, 1951, 742, 1989]
coupon-name-field[interactable]: ନାମ.......................... bbox=[16, 106, 124, 120]
zodiac-name: ବୃଷ: bbox=[1192, 294, 1216, 309]
ad-code: D-95699 bbox=[754, 149, 932, 158]
classified-ad: Leoline Packers & Movers household, car,… bbox=[566, 1654, 742, 1721]
